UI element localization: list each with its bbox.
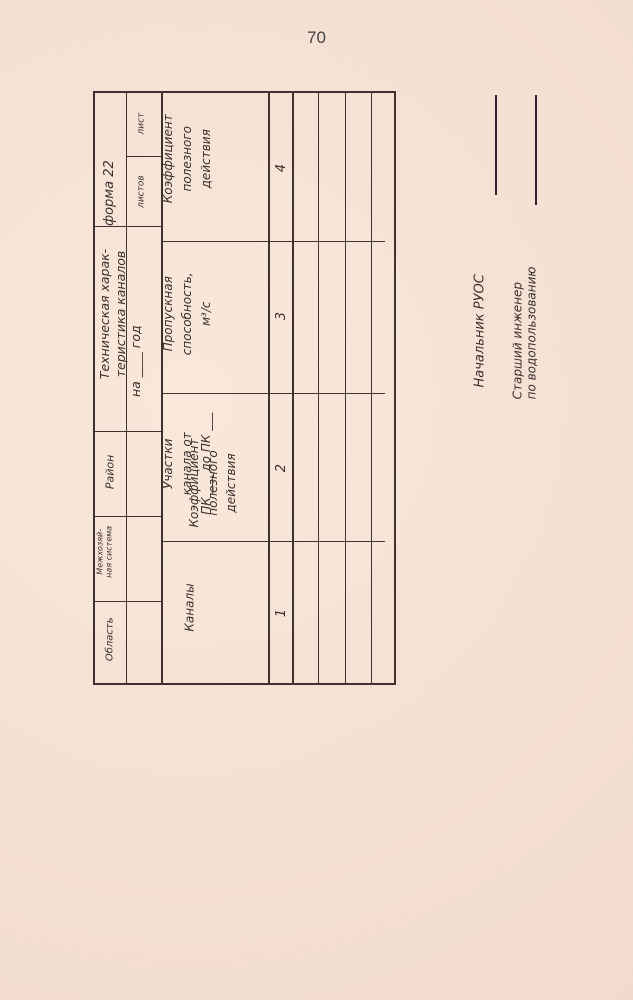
row-line xyxy=(371,93,372,683)
engineer-signature-label: Старший инженер по водопользованию xyxy=(511,229,540,399)
label-line: Старший инженер xyxy=(511,229,525,399)
title-year-field: на ____ год xyxy=(128,211,144,417)
col1-number: 1 xyxy=(274,603,290,623)
header-line: Пропускная xyxy=(159,254,178,374)
col4-number: 4 xyxy=(274,158,290,178)
sheet-divider xyxy=(126,156,161,157)
engineer-signature-line[interactable] xyxy=(535,95,537,205)
efficiency-coefficient-header: Коэффициент полезного действия xyxy=(159,99,217,219)
district-label: Район xyxy=(104,429,118,514)
header-line: канала от xyxy=(178,404,197,524)
canals-header: Каналы xyxy=(183,578,198,638)
page-number: 70 xyxy=(0,28,633,48)
row-line xyxy=(318,93,319,683)
canal-section-header: Участки канала от ПК ___ до ПК ___ xyxy=(159,404,217,524)
label-line: ная система xyxy=(106,509,115,594)
sheet-label: лист xyxy=(136,99,147,149)
canal-characteristics-form-table: форма 22 листов лист Техническая харак- … xyxy=(93,91,396,685)
number-row-border xyxy=(292,93,294,683)
header-line: действия xyxy=(198,99,217,219)
header-line: ПК ___ до ПК ___ xyxy=(198,404,217,524)
header-line: Коэффициент xyxy=(159,99,178,219)
label-line: по водопользованию xyxy=(525,229,539,399)
col2-number: 2 xyxy=(274,458,290,478)
header-line: м³/с xyxy=(198,254,217,374)
header-line: Участки xyxy=(159,404,178,524)
title-line: теристика каналов xyxy=(113,211,129,417)
col3-number: 3 xyxy=(274,306,290,326)
throughput-capacity-header: Пропускная способность, м³/с xyxy=(159,254,217,374)
interfarm-system-label: Межхозяй- ная система xyxy=(97,509,115,594)
header-line: способность, xyxy=(178,254,197,374)
form-title: Техническая харак- теристика каналов на … xyxy=(97,211,159,417)
head-signature-line[interactable] xyxy=(495,95,497,195)
column-header-border xyxy=(268,93,270,683)
column-divider xyxy=(161,241,385,242)
region-label: Область xyxy=(104,597,117,682)
row-line xyxy=(345,93,346,683)
head-signature-label: Начальник РУОС xyxy=(473,228,488,388)
title-line: Техническая харак- xyxy=(97,211,113,417)
header-line: полезного xyxy=(178,99,197,219)
